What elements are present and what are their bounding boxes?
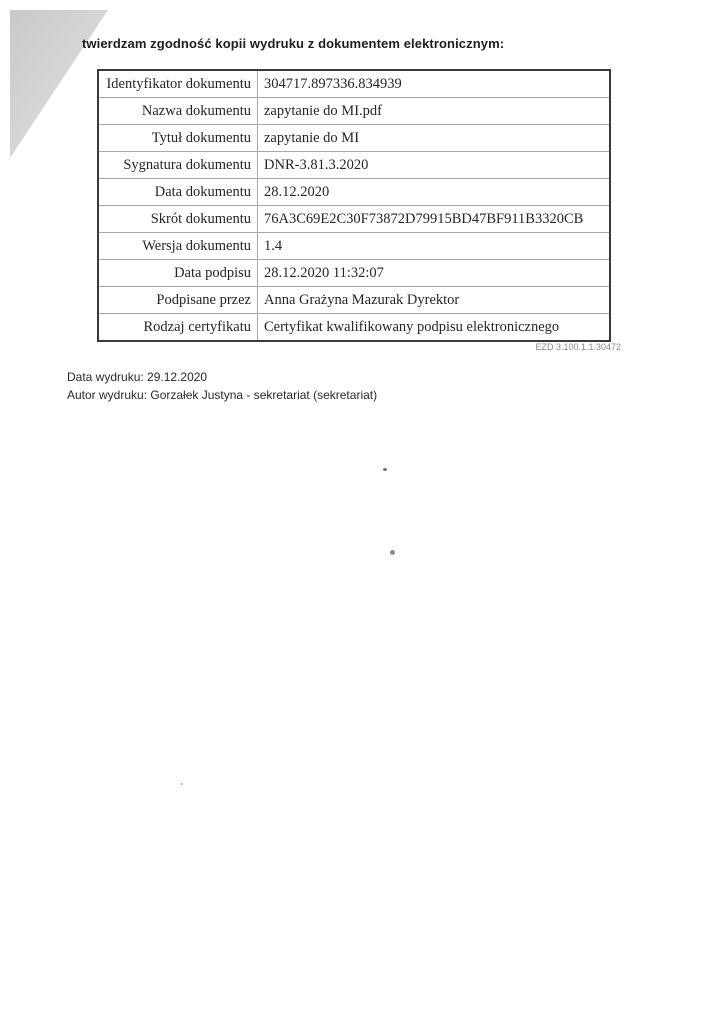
field-label: Tytuł dokumentu: [98, 125, 258, 152]
table-row: Tytuł dokumentuzapytanie do MI: [98, 125, 610, 152]
folded-page-corner: [10, 10, 110, 160]
print-date: Data wydruku: 29.12.2020: [67, 368, 377, 386]
certification-heading: twierdzam zgodność kopii wydruku z dokum…: [82, 36, 504, 51]
print-author: Autor wydruku: Gorzałek Justyna - sekret…: [67, 386, 377, 404]
scan-speck: [383, 468, 387, 471]
field-label: Rodzaj certyfikatu: [98, 314, 258, 342]
table-row: Data dokumentu28.12.2020: [98, 179, 610, 206]
field-value: 1.4: [258, 233, 611, 260]
table-row: Podpisane przezAnna Grażyna Mazurak Dyre…: [98, 287, 610, 314]
field-value: DNR-3.81.3.2020: [258, 152, 611, 179]
field-value: zapytanie do MI.pdf: [258, 98, 611, 125]
field-value: 76A3C69E2C30F73872D79915BD47BF911B3320CB: [258, 206, 611, 233]
table-row: Sygnatura dokumentuDNR-3.81.3.2020: [98, 152, 610, 179]
field-value: Anna Grażyna Mazurak Dyrektor: [258, 287, 611, 314]
field-label: Data dokumentu: [98, 179, 258, 206]
table-row: Rodzaj certyfikatuCertyfikat kwalifikowa…: [98, 314, 610, 342]
field-value: 28.12.2020: [258, 179, 611, 206]
scan-speck: [390, 550, 395, 555]
field-value: 28.12.2020 11:32:07: [258, 260, 611, 287]
field-label: Wersja dokumentu: [98, 233, 258, 260]
table-row: Skrót dokumentu76A3C69E2C30F73872D79915B…: [98, 206, 610, 233]
table-row: Identyfikator dokumentu304717.897336.834…: [98, 70, 610, 98]
field-value: Certyfikat kwalifikowany podpisu elektro…: [258, 314, 611, 342]
field-value: zapytanie do MI: [258, 125, 611, 152]
field-label: Nazwa dokumentu: [98, 98, 258, 125]
print-info: Data wydruku: 29.12.2020 Autor wydruku: …: [67, 368, 377, 404]
field-value: 304717.897336.834939: [258, 70, 611, 98]
field-label: Sygnatura dokumentu: [98, 152, 258, 179]
field-label: Podpisane przez: [98, 287, 258, 314]
table-row: Nazwa dokumentuzapytanie do MI.pdf: [98, 98, 610, 125]
table-row: Wersja dokumentu1.4: [98, 233, 610, 260]
document-metadata-table: Identyfikator dokumentu304717.897336.834…: [97, 69, 611, 342]
field-label: Skrót dokumentu: [98, 206, 258, 233]
field-label: Data podpisu: [98, 260, 258, 287]
scan-speck: [181, 783, 183, 785]
field-label: Identyfikator dokumentu: [98, 70, 258, 98]
table-row: Data podpisu28.12.2020 11:32:07: [98, 260, 610, 287]
system-version: EZD 3.100.1.1.30472: [535, 342, 621, 352]
